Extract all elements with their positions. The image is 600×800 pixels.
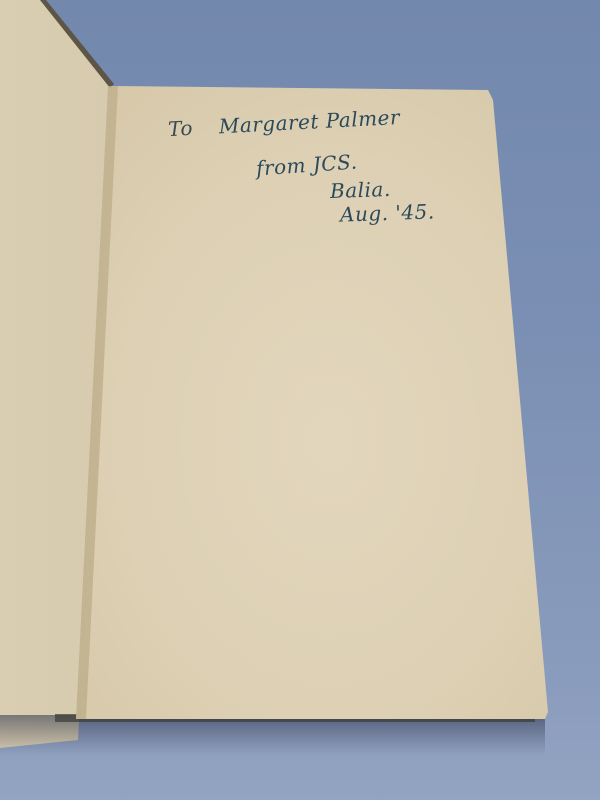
inscription-place: Balia. (330, 179, 391, 201)
photo-scene: ToMargaret Palmer from JCS. Balia. Aug. … (0, 0, 600, 800)
inscription-date: Aug. '45. (340, 201, 435, 224)
inscription-to: To (168, 116, 194, 141)
inscription-line-2: from JCS. (255, 151, 358, 178)
